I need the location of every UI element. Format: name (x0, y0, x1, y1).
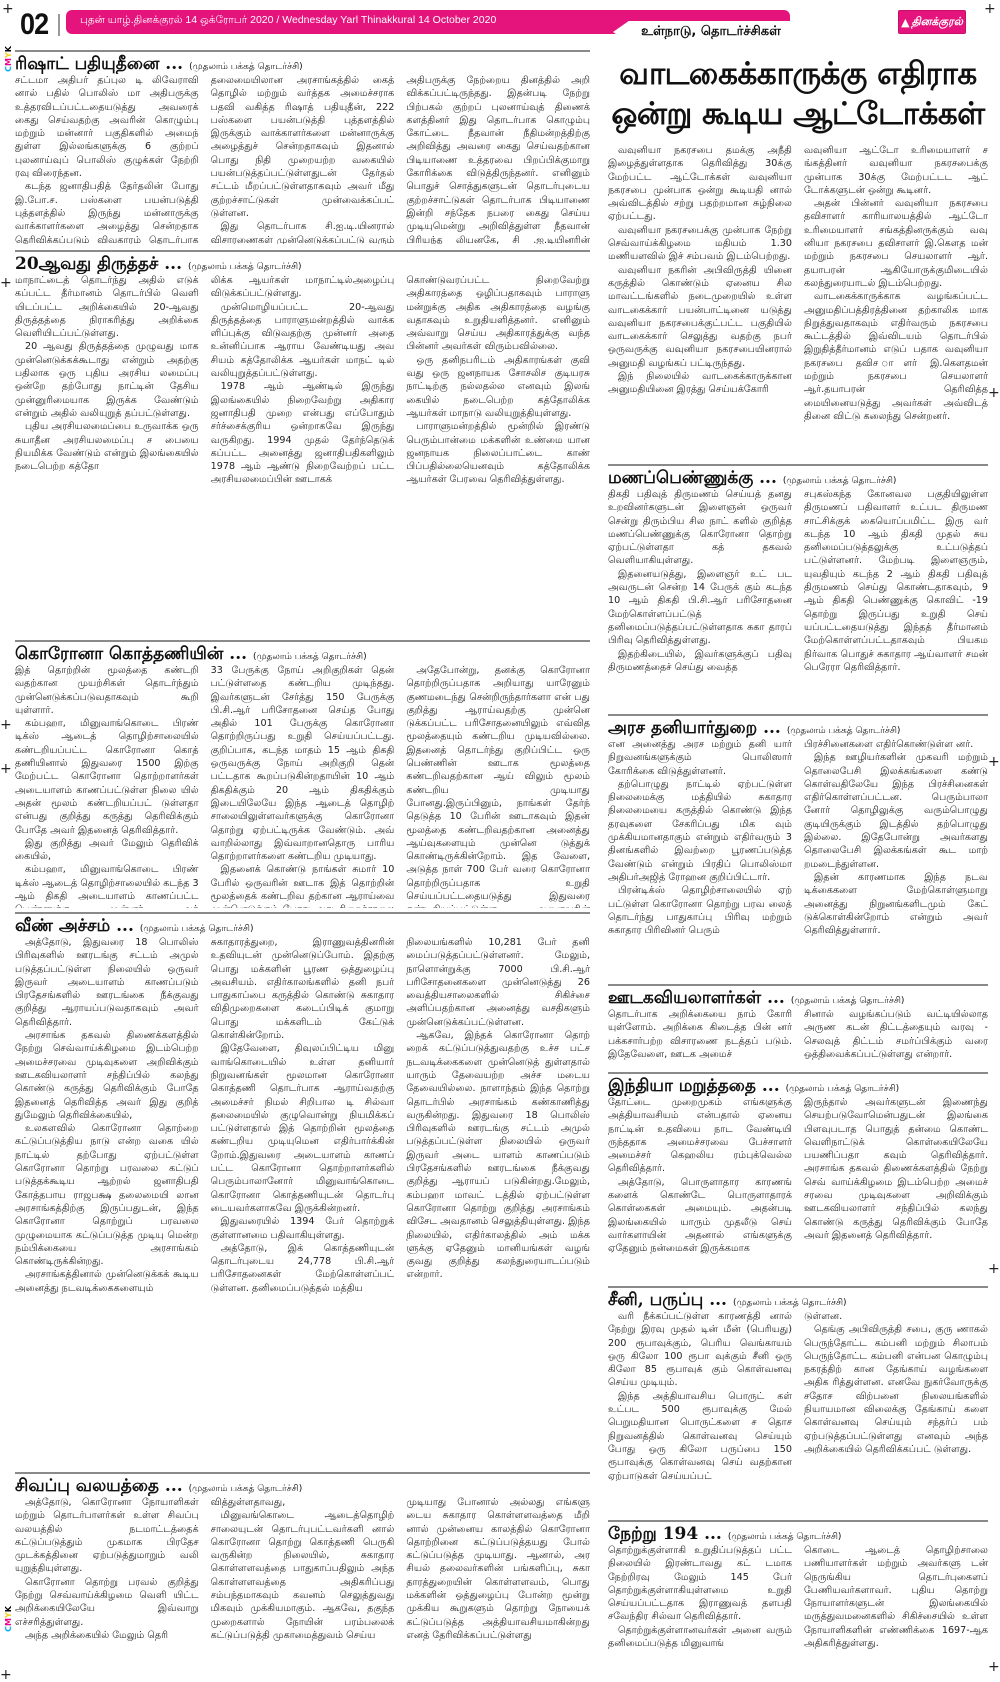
story-column: அத்தோடு, இதுவரை 18 பொலிஸ் பிரிவுகளில் ஊர… (15, 936, 199, 1466)
paragraph: அத்தோடு, இக் கொத்தணியுடன் தொடர்புடைய 24,… (211, 1242, 395, 1295)
masthead: + 02 புதன் யாழ்.தினக்குரல் 14 ஒக்ரோபர் 2… (0, 0, 1000, 40)
registration-mark: + (988, 386, 1000, 400)
story-lead-autos: வாடகைக்காருக்கு எதிராக ஒன்று கூடிய ஆட்டோ… (608, 54, 988, 464)
paragraph: தலைமையிலான அரசாங்கத்தில் கைத் தொழில் மற்… (211, 74, 395, 220)
story-column: டுள்ளன.தெங்கு அபிவிருத்தி சபை, குரு ணாகல… (804, 1310, 988, 1516)
paragraph: கொடை ஆடைத் தொழிற்சாலை பணியாளர்கள் மற்றும… (804, 1544, 988, 1650)
paragraph: தோட்டை முறைமுகம் எங்களுக்கு அத்தியாவசியம… (608, 1096, 792, 1176)
continued-label: (முதலாம் பக்கத் தொடர்ச்சி) (733, 1298, 847, 1309)
story-column: அதிபருக்கு நேற்றைய தினத்தில் அறி விக்கப்… (406, 74, 590, 244)
registration-mark: + (0, 718, 12, 732)
story-column: பிரச்சினைகளை எதிர்கொண்டுள்ள னர்.இந்த ஊழி… (804, 738, 988, 980)
story-headline: ஊடகவியலாளர்கள் ... (608, 988, 785, 1008)
cmyk-letter: C (4, 66, 13, 72)
paragraph: இதேவேளை, திவுலப்பிட்டிய மினு வாங்கொடையில… (211, 1042, 395, 1215)
dateline-bar: புதன் யாழ்.தினக்குரல் 14 ஒக்ரோபர் 2020 /… (66, 10, 790, 34)
paragraph: தற்பொழுது நாட்டில் ஏற்பட்டுள்ள நிலைமைக்க… (608, 778, 792, 884)
continued-label: (முதலாம் பக்கத் தொடர்ச்சி) (728, 1532, 842, 1543)
lead-headline: வாடகைக்காருக்கு எதிராக ஒன்று கூடிய ஆட்டோ… (608, 54, 988, 134)
paragraph: அத்தோடு, கொரோனா நோயாளிகள் மற்றும் தொடர்ப… (15, 1496, 199, 1576)
paragraph: இந்த ஊழியர்களின் முகவரி மற்றும் தொலைபேசி… (804, 751, 988, 871)
continued-label: (முதலாம் பக்கத் தொடர்ச்சி) (787, 726, 901, 737)
story-column: சபுகஸ்கந்த கோனவல பகுதியிலுள்ள திருமணப் ப… (804, 488, 988, 710)
lamp-icon: ▲ (901, 16, 909, 29)
paragraph: முன்மொழியப்பட்ட 20-ஆவது திருத்தத்தை பாரா… (211, 301, 395, 381)
continued-label: (முதலாம் பக்கத் தொடர்ச்சி) (783, 476, 897, 487)
story-column: தோட்டை முறைமுகம் எங்களுக்கு அத்தியாவசியம… (608, 1096, 792, 1282)
cmyk-mark: CMYK (4, 1606, 14, 1632)
paragraph: வாடகைக்காருக்காக வழங்கப்பட்ட அனுமதிப்பத்… (804, 290, 988, 423)
story-column: இத் தொற்றின் மூலத்தை கண்டறி வதற்கான முயற… (15, 664, 199, 908)
page-number: 02 (20, 8, 48, 42)
story-column: 33 பேருக்கு நோய் அறிகுறிகள் தென் பட்டுள்… (211, 664, 395, 908)
story-column: அத்தோடு, கொரோனா நோயாளிகள் மற்றும் தொடர்ப… (15, 1496, 199, 1672)
paragraph: உலகளவில் கொரோனா தொற்றை கட்டுப்படுத்திய ந… (15, 1122, 199, 1268)
continued-label: (முதலாம் பக்கத் தொடர்ச்சி) (140, 924, 254, 935)
story-journalists: ஊடகவியலாளர்கள் ... (முதலாம் பக்கத் தொடர்… (608, 984, 988, 1070)
registration-mark: + (988, 1262, 1000, 1276)
story-column: கொண்டுவரப்பட்ட நிறைவேற்று அதிகாரத்தை ஒழி… (406, 274, 590, 636)
story-headline: மணப்பெண்ணுக்கு ... (608, 468, 777, 488)
story-column: வவுனியா நகரசபை தமக்கு அநீதி இழைத்துள்ளதா… (608, 144, 792, 462)
story-column: சினால் வழங்கப்படும் வட்டியில்லாத அருண கட… (804, 1008, 988, 1068)
paragraph: கம்பஹா, மினுவாங்கொடை பிரண் டிக்ஸ் ஆடைத் … (15, 717, 199, 837)
story-headline: இந்தியா மறுத்ததை ... (608, 1076, 780, 1096)
paragraph: வரி நீக்கப்பட்டுள்ள காரணத்தி னால் நேற்று… (608, 1310, 792, 1390)
story-corona-cluster: கொரோனா கொத்தணியின் ... (முதலாம் பக்கத் த… (15, 640, 590, 910)
story-sugar-dhal: சீனி, பருப்பு ... (முதலாம் பக்கத் தொடர்ச… (608, 1286, 988, 1518)
story-column: இருந்தால் அவர்களுடன் இணைந்து செயற்படுவோம… (804, 1096, 988, 1282)
registration-mark: + (0, 276, 12, 290)
cmyk-letter: C (4, 1626, 13, 1632)
paragraph: இது தொடர்பாக சி.ஐ.டி.யினரால் விசாரணைகள் … (211, 220, 395, 244)
story-column: சுகாதாரத்துறை, இராணுவத்தினரின் உதவியுடன்… (211, 936, 395, 1466)
story-column: லிக்க ஆயர்கள் மாநாட்டில்அழைப்பு விடுக்கப… (211, 274, 395, 636)
paragraph: திகதி பதிவுத் திருமணம் செய்யத் தனது உறவி… (608, 488, 792, 568)
paragraph: அதிபருக்கு நேற்றைய தினத்தில் அறி விக்கப்… (406, 74, 590, 244)
paragraph: புதிய அரசியலமைப்பை உருவாக்க ஒரு சுயாதீன … (15, 420, 199, 473)
story-state-private: அரச தனியார்துறை ... (முதலாம் பக்கத் தொடர… (608, 714, 988, 982)
story-column: வித்துள்ளதாவது,மினுவங்கொடை ஆடைத்தொழிற் ச… (211, 1496, 395, 1672)
paragraph: வவுனியா நகரின் அபிவிருத்தி யினை கருத்தில… (608, 264, 792, 370)
story-column: அதேபோன்று, தனக்கு கொரோனா தொற்றிருப்பதாக … (406, 664, 590, 908)
registration-mark: + (988, 755, 1000, 769)
story-headline: அரச தனியார்துறை ... (608, 718, 781, 738)
paragraph: வவுனியா ஆட்டோ உரிமையாளர் ச ங்கத்தினர் வவ… (804, 144, 988, 197)
continued-label: (முதலாம் பக்கத் தொடர்ச்சி) (253, 652, 367, 663)
story-column: திகதி பதிவுத் திருமணம் செய்யத் தனது உறவி… (608, 488, 792, 710)
paragraph: வவுனியா நகரசபைக்கு முன்பாக நேற்று செவ்வா… (608, 224, 792, 264)
paragraph: லிக்க ஆயர்கள் மாநாட்டில்அழைப்பு விடுக்கப… (211, 274, 395, 301)
story-column: தொடர்பாக அறிக்கையை நாம் கோரி யுள்ளோம். அ… (608, 1008, 792, 1068)
paragraph: பாராளுமன்றத்தில் மூன்றில் இரண்டு பெரும்ப… (406, 420, 590, 486)
story-column: என அனைத்து அரச மற்றும் தனி யார் நிறுவனங்… (608, 738, 792, 980)
registration-mark: + (984, 2, 996, 16)
paragraph: இது குறித்து அவர் மேலும் தெரிவிக் கையில்… (15, 837, 199, 864)
paragraph: 33 பேருக்கு நோய் அறிகுறிகள் தென் பட்டுள்… (211, 664, 395, 863)
divider (58, 14, 60, 36)
paragraph: ஒரு தனிநபரிடம் அதிகாரங்கள் குவி வது ஒரு … (406, 354, 590, 420)
story-column: சட்டமா அதிபர் தப்புல டி லிவேராவி னால் பத… (15, 74, 199, 244)
continued-label: (முதலாம் பக்கத் தொடர்ச்சி) (189, 1484, 303, 1495)
continued-label: (முதலாம் பக்கத் தொடர்ச்சி) (791, 996, 905, 1007)
story-red-zone: சிவப்பு வலயத்தை ... (முதலாம் பக்கத் தொடர… (15, 1472, 590, 1672)
paragraph: ஆகவே, இந்தக் கொரோனா தொற் றைக் கட்டுப்படு… (406, 1029, 590, 1282)
paragraph: நிலையங்களில் 10,281 பேர் தனி மைப்படுத்தப… (406, 936, 590, 1029)
cmyk-letter: M (4, 58, 13, 66)
cmyk-letter: M (4, 1618, 13, 1626)
paragraph: இத் தொற்றின் மூலத்தை கண்டறி வதற்கான முயற… (15, 664, 199, 717)
paragraph: முடியாது போனால் அல்லது எங்களு டைய சுகாதா… (406, 1496, 590, 1642)
paragraph: சபுகஸ்கந்த கோனவல பகுதியிலுள்ள திருமணப் ப… (804, 488, 988, 674)
paragraph: டுள்ளன. (804, 1310, 988, 1323)
story-headline: கொரோனா கொத்தணியின் ... (15, 644, 247, 664)
dateline: புதன் யாழ்.தினக்குரல் 14 ஒக்ரோபர் 2020 /… (80, 14, 496, 27)
paragraph: கடந்த ஜனாதிபதித் தேர்தலின் போது இ.போ.ச. … (15, 180, 199, 244)
paragraph: மாநாட்டைத் தொடர்ந்து அதில் எடுக் கப்பட்ட… (15, 274, 199, 340)
paragraph: சட்டமா அதிபர் தப்புல டி லிவேராவி னால் பத… (15, 74, 199, 180)
paragraph: அதேபோன்று, தனக்கு கொரோனா தொற்றிருப்பதாக … (406, 664, 590, 908)
story-needless-fear: வீண் அச்சம் ... (முதலாம் பக்கத் தொடர்ச்ச… (15, 912, 590, 1468)
paragraph: அரசாங்கத்தினால் முன்னெடுக்கக் கூடிய அனைத… (15, 1268, 199, 1295)
paragraph: கொரோனா தொற்று பரவல் குறித்து நேற்று செவ்… (15, 1576, 199, 1629)
cmyk-letter: K (4, 46, 13, 52)
paragraph: என அனைத்து அரச மற்றும் தனி யார் நிறுவனங்… (608, 738, 792, 778)
story-rishad: ரிஷாட் பதியுதீனை ... (முதலாம் பக்கத் தொட… (15, 50, 590, 246)
paragraph: சுகாதாரத்துறை, இராணுவத்தினரின் உதவியுடன்… (211, 936, 395, 1042)
paragraph: பிரன்டிக்ஸ் தொழிற்சாலையில் ஏற் பட்டுள்ள … (608, 884, 792, 937)
paragraph: கம்பஹா, மினுவாங்கொடை பிரண் டிக்ஸ் ஆடைத் … (15, 863, 199, 908)
paragraph: அதன் பின்னர் வவுனியா நகரசபை தவிசாளர் கார… (804, 197, 988, 290)
paragraph: 1978 ஆம் ஆண்டில் இருந்து இலங்கையில் நிறை… (211, 380, 395, 486)
dateline-english: Wednesday Yarl Thinakkural 14 October 20… (282, 14, 496, 26)
paragraph: தொடர்பாக அறிக்கையை நாம் கோரி யுள்ளோம். அ… (608, 1008, 792, 1061)
paragraph: இருந்தால் அவர்களுடன் இணைந்து செயற்படுவோம… (804, 1096, 988, 1242)
story-column: முடியாது போனால் அல்லது எங்களு டைய சுகாதா… (406, 1496, 590, 1672)
paragraph: இதனைக் கொண்டு நாங்கள் சுமார் 10 பேரில் ஒ… (211, 863, 395, 908)
story-amendment20: 20ஆவது திருத்தச் ... (முதலாம் பக்கத் தொட… (15, 250, 590, 638)
paragraph: அந்த அறிக்கையில் மேலும் தெரி (15, 1629, 199, 1642)
paragraph: தெங்கு அபிவிருத்தி சபை, குரு ணாகல் பெருந… (804, 1323, 988, 1456)
cmyk-letter: K (4, 1606, 13, 1612)
paragraph: இதனையடுத்து, இளைஞர் உட் பட அவருடன் சென்ற… (608, 568, 792, 648)
paragraph: பிரச்சினைகளை எதிர்கொண்டுள்ள னர். (804, 738, 988, 751)
story-headline: ரிஷாட் பதியுதீனை ... (15, 54, 183, 74)
cmyk-letter: Y (4, 52, 13, 58)
story-headline: வீண் அச்சம் ... (15, 916, 134, 936)
paragraph: இதற்கிடையில், இவர்களுக்குப் பதிவு திருமண… (608, 648, 792, 675)
story-bride: மணப்பெண்ணுக்கு ... (முதலாம் பக்கத் தொடர்… (608, 464, 988, 712)
paragraph: 20 ஆவது திருத்தத்தை முழுவது மாக முன்னெடு… (15, 340, 199, 420)
paragraph: மினுவங்கொடை ஆடைத்தொழிற் சாலையுடன் தொடர்ப… (211, 1509, 395, 1642)
continued-label: (முதலாம் பக்கத் தொடர்ச்சி) (786, 1084, 900, 1095)
story-headline: 20ஆவது திருத்தச் ... (15, 254, 182, 274)
story-column: வரி நீக்கப்பட்டுள்ள காரணத்தி னால் நேற்று… (608, 1310, 792, 1516)
paragraph: தொற்றுக்குள்ளானவர்கள் அனை வரும் தனிமைப்ப… (608, 1624, 792, 1651)
registration-mark: + (988, 1660, 1000, 1674)
paragraph: இதுவரையில் 1394 பேர் தொற்றுக் குள்ளானமை … (211, 1215, 395, 1242)
paragraph: இதன் காரணமாக இந்த நடவ டிக்கைகளை மேற்கொள்… (804, 871, 988, 937)
story-headline: நேற்று 194 ... (608, 1524, 722, 1544)
paragraph: அத்தோடு, பொருளாதார காரணங் களைக் கொண்டே ப… (608, 1176, 792, 1256)
story-headline: சிவப்பு வலயத்தை ... (15, 1476, 183, 1496)
registration-mark: + (2, 2, 14, 16)
paragraph: கொண்டுவரப்பட்ட நிறைவேற்று அதிகாரத்தை ஒழி… (406, 274, 590, 354)
story-column: கொடை ஆடைத் தொழிற்சாலை பணியாளர்கள் மற்றும… (804, 1544, 988, 1668)
story-column: மாநாட்டைத் தொடர்ந்து அதில் எடுக் கப்பட்ட… (15, 274, 199, 636)
registration-mark: + (0, 1668, 12, 1682)
continued-label: (முதலாம் பக்கத் தொடர்ச்சி) (188, 262, 302, 273)
story-column: நிலையங்களில் 10,281 பேர் தனி மைப்படுத்தப… (406, 936, 590, 1466)
cmyk-mark: CMYK (4, 46, 14, 72)
newspaper-logo: ▲ தினக்குரல் (898, 10, 966, 34)
paragraph: தொற்றுக்குள்ளாகி உறுதிப்படுத்தப் பட்ட நி… (608, 1544, 792, 1624)
paragraph: அரசாங்க தகவல் திணைக்களத்தில் நேற்று செவ்… (15, 1029, 199, 1122)
dateline-tamil: புதன் யாழ்.தினக்குரல் 14 ஒக்ரோபர் 2020 (80, 14, 274, 26)
paragraph: வவுனியா நகரசபை தமக்கு அநீதி இழைத்துள்ளதா… (608, 144, 792, 224)
paragraph: அத்தோடு, இதுவரை 18 பொலிஸ் பிரிவுகளில் ஊர… (15, 936, 199, 1029)
cmyk-letter: Y (4, 1612, 13, 1618)
paragraph: சினால் வழங்கப்படும் வட்டியில்லாத அருண கட… (804, 1008, 988, 1061)
registration-mark: + (0, 762, 12, 776)
section-label: உள்நாடு, தொடர்ச்சிகள் (613, 21, 809, 43)
paragraph: வித்துள்ளதாவது, (211, 1496, 395, 1509)
story-yesterday-194: நேற்று 194 ... (முதலாம் பக்கத் தொடர்ச்சி… (608, 1520, 988, 1670)
continued-label: (முதலாம் பக்கத் தொடர்ச்சி) (189, 62, 303, 73)
paragraph: இந்த அத்தியாவசிய பொருட் கள் உட்பட 500 ரூ… (608, 1390, 792, 1483)
story-headline: சீனி, பருப்பு ... (608, 1290, 727, 1310)
story-column: தொற்றுக்குள்ளாகி உறுதிப்படுத்தப் பட்ட நி… (608, 1544, 792, 1668)
story-india-refused: இந்தியா மறுத்ததை ... (முதலாம் பக்கத் தொட… (608, 1072, 988, 1284)
story-column: வவுனியா ஆட்டோ உரிமையாளர் ச ங்கத்தினர் வவ… (804, 144, 988, 462)
story-column: தலைமையிலான அரசாங்கத்தில் கைத் தொழில் மற்… (211, 74, 395, 244)
paragraph: இந் நிலையில் வாடகைக்காருக்கான அனுமதியினை… (608, 370, 792, 397)
